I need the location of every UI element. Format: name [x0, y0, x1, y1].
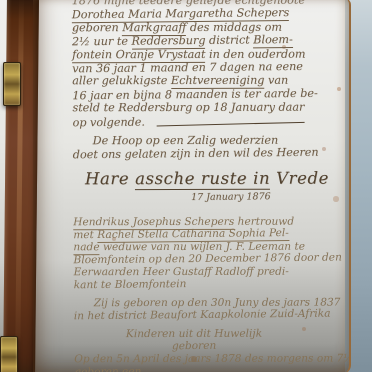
manuscript-text-segment: geboren [172, 340, 216, 352]
manuscript-text-segment: Hare [85, 169, 135, 188]
ink-rule [156, 113, 304, 126]
manuscript-line: 2½ uur te Reddersburg district Bloem- [72, 33, 338, 49]
manuscript-text-segment: hertrouwd [234, 216, 294, 228]
manuscript-line: in het district Beaufort Kaapkolonie Zui… [74, 308, 340, 323]
manuscript-text-segment: Kinderen uit dit Huwelijk [126, 328, 262, 340]
photo-of-register-page: 1876 mijne teedere geliefde echtgenooteD… [0, 0, 372, 372]
manuscript-text-segment: Bloemfontein op den 20 December 1876 doo… [73, 252, 341, 267]
manuscript-text-segment: doet ons gelaten zijn in den wil des Hee… [73, 146, 319, 162]
manuscript-text-segment: geboren een ... [74, 366, 155, 372]
manuscript-text-segment: 17 January 1876 [191, 191, 271, 203]
manuscript-line: Hare assche ruste in Vrede [73, 165, 339, 191]
manuscript-line: 17 January 1876 [73, 190, 339, 205]
manuscript-text-segment: weduwe van nu wijlen J. F. Leeman te [100, 241, 305, 254]
manuscript-text-segment: met [73, 229, 97, 241]
manuscript-text-segment: in het district Beaufort Kaapkolonie Zui… [74, 308, 331, 323]
manuscript-text-segment: des middags om [186, 21, 282, 34]
brass-clasp-bottom [0, 336, 18, 372]
brass-clasp-top [3, 62, 21, 106]
manuscript-text-segment: Bloem- [253, 33, 293, 48]
manuscript-line: op volgende. [72, 113, 338, 129]
manuscript-page: 1876 mijne teedere geliefde echtgenooteD… [33, 0, 351, 372]
manuscript-text-segment: kant te Bloemfontein [74, 278, 187, 291]
manuscript-text-segment: 2½ uur te [72, 35, 132, 49]
manuscript-line: geboren een ... [74, 364, 340, 372]
manuscript-text-segment: De Hoop op een Zalig wederzien [93, 134, 279, 147]
manuscript-text-segment: district [205, 34, 253, 47]
manuscript-text-segment: Vrede [270, 168, 329, 187]
spine-highlight [15, 0, 24, 372]
manuscript-line: kant te Bloemfontein [74, 277, 340, 292]
manuscript-text-segment: aller gelukkigste [72, 74, 171, 87]
manuscript-text-segment: Eerwaarden Heer Gustaff Radloff predi- [74, 266, 289, 279]
manuscript-line: steld te Reddersburg op 18 January daar [72, 101, 338, 115]
manuscript-text-segment: van [264, 74, 288, 87]
manuscript-text: 1876 mijne teedere geliefde echtgenooteD… [33, 0, 350, 372]
manuscript-text-segment: assche ruste in [135, 169, 270, 190]
manuscript-text-segment: in den ouderdom [205, 47, 305, 60]
manuscript-text-segment: op volgende. [72, 115, 148, 129]
manuscript-line: doet ons gelaten zijn in den wil des Hee… [73, 146, 339, 162]
manuscript-text-segment: steld te Reddersburg op 18 January daar [72, 101, 304, 115]
manuscript-text-segment: geboren [72, 21, 122, 34]
manuscript-text-segment: nade [73, 241, 99, 255]
